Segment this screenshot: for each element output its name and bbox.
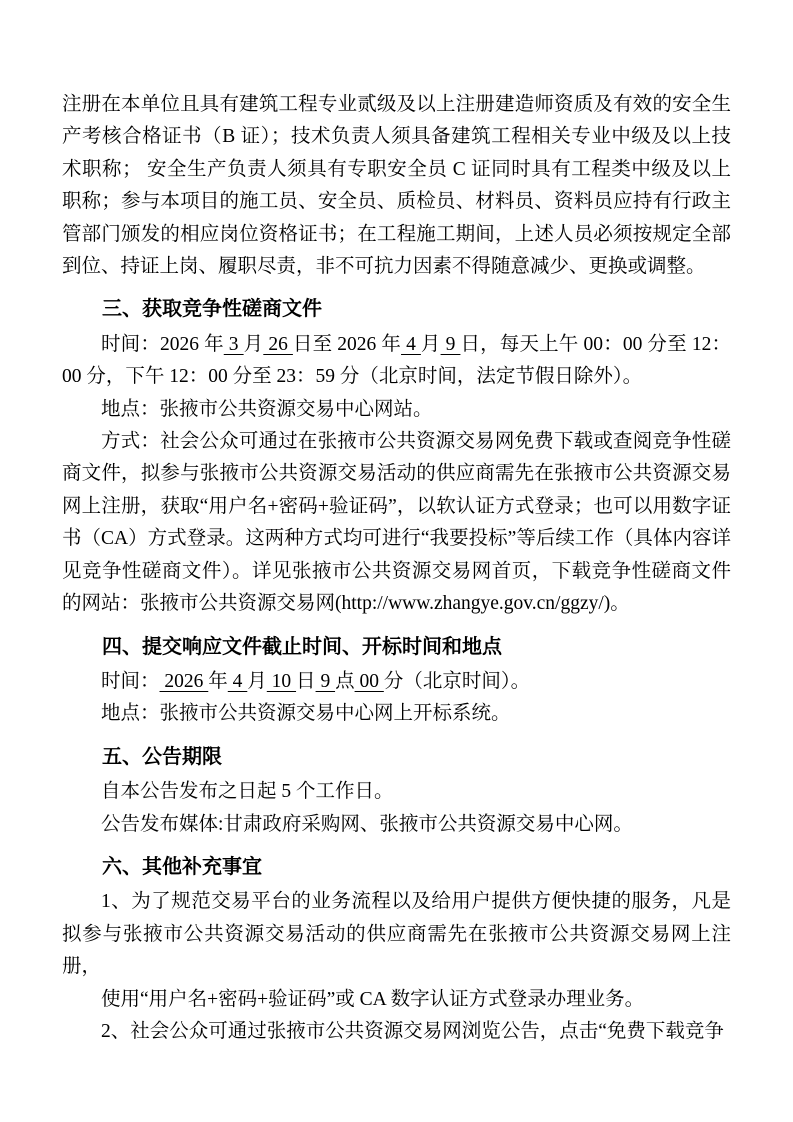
fill-in-blank-value: 9	[316, 671, 336, 692]
fill-in-blank-value: 26	[263, 334, 293, 355]
text-run: 方式：社会公众可通过在张掖市公共资源交易网免费下载或查阅竞争性磋商文件，拟参与张…	[62, 431, 731, 614]
paragraph-9: 1、为了规范交易平台的业务流程以及给用户提供方便快捷的服务，凡是拟参与张掖市公共…	[62, 886, 731, 983]
text-run: 地点：张掖市公共资源交易中心网站。	[101, 399, 433, 420]
text-run: 三、获取竞争性磋商文件	[102, 298, 322, 320]
section-heading-1: 三、获取竞争性磋商文件	[62, 293, 731, 325]
text-run: 六、其他补充事宜	[102, 856, 262, 878]
paragraph-1: 注册在本单位且具有建筑工程专业贰级及以上注册建造师资质及有效的安全生产考核合格证…	[62, 89, 731, 283]
paragraph-4: 方式：社会公众可通过在张掖市公共资源交易网免费下载或查阅竞争性磋商文件，拟参与张…	[62, 426, 731, 620]
paragraph-11: 2、社会公众可通过张掖市公共资源交易网浏览公告，点击“免费下载竞争	[62, 1016, 731, 1048]
paragraph-2: 时间：2026 年 3 月 26 日至 2026 年 4 月 9 日，每天上午 …	[62, 329, 731, 394]
text-run: 注册在本单位且具有建筑工程专业贰级及以上注册建造师资质及有效的安全生产考核合格证…	[62, 94, 731, 277]
text-run: 使用“用户名+密码+验证码”或 CA 数字认证方式登录办理业务。	[101, 989, 644, 1010]
paragraph-5: 时间： 2026 年 4 月 10 日 9 点 00 分（北京时间）。	[62, 666, 731, 698]
text-run: 点	[335, 671, 355, 692]
section-heading-3: 五、公告期限	[62, 741, 731, 773]
text-run: 地点：张掖市公共资源交易中心网上开标系统。	[101, 703, 511, 724]
text-run: 分（北京时间）。	[384, 671, 530, 692]
text-run: 月	[421, 334, 441, 355]
text-run: 月	[244, 334, 264, 355]
fill-in-blank-value: 4	[228, 671, 248, 692]
text-run: 1、为了规范交易平台的业务流程以及给用户提供方便快捷的服务，凡是拟参与张掖市公共…	[62, 891, 731, 977]
text-run: 公告发布媒体:甘肃政府采购网、张掖市公共资源交易中心网。	[101, 814, 633, 835]
fill-in-blank-value: 4	[401, 334, 421, 355]
text-run: 日至 2026 年	[293, 334, 401, 355]
fill-in-blank-value: 00	[355, 671, 384, 692]
paragraph-10: 使用“用户名+密码+验证码”或 CA 数字认证方式登录办理业务。	[62, 984, 731, 1016]
paragraph-3: 地点：张掖市公共资源交易中心网站。	[62, 394, 731, 426]
text-run: 四、提交响应文件截止时间、开标时间和地点	[102, 636, 502, 658]
text-run: 五、公告期限	[102, 746, 222, 768]
section-heading-2: 四、提交响应文件截止时间、开标时间和地点	[62, 631, 731, 663]
fill-in-blank-value: 10	[267, 671, 296, 692]
document-content: 注册在本单位且具有建筑工程专业贰级及以上注册建造师资质及有效的安全生产考核合格证…	[62, 89, 731, 1048]
fill-in-blank-value: 2026	[160, 671, 209, 692]
document-page: 注册在本单位且具有建筑工程专业贰级及以上注册建造师资质及有效的安全生产考核合格证…	[0, 0, 793, 1122]
text-run: 时间：2026 年	[101, 334, 224, 355]
paragraph-7: 自本公告发布之日起 5 个工作日。	[62, 776, 731, 808]
paragraph-8: 公告发布媒体:甘肃政府采购网、张掖市公共资源交易中心网。	[62, 809, 731, 841]
paragraph-6: 地点：张掖市公共资源交易中心网上开标系统。	[62, 698, 731, 730]
fill-in-blank-value: 9	[441, 334, 461, 355]
text-run: 月	[247, 671, 267, 692]
text-run: 日	[296, 671, 316, 692]
text-run: 年	[208, 671, 228, 692]
fill-in-blank-value: 3	[224, 334, 244, 355]
text-run: 2、社会公众可通过张掖市公共资源交易网浏览公告，点击“免费下载竞争	[101, 1021, 724, 1042]
section-heading-4: 六、其他补充事宜	[62, 851, 731, 883]
text-run: 自本公告发布之日起 5 个工作日。	[101, 781, 394, 802]
text-run: 时间：	[101, 671, 160, 692]
